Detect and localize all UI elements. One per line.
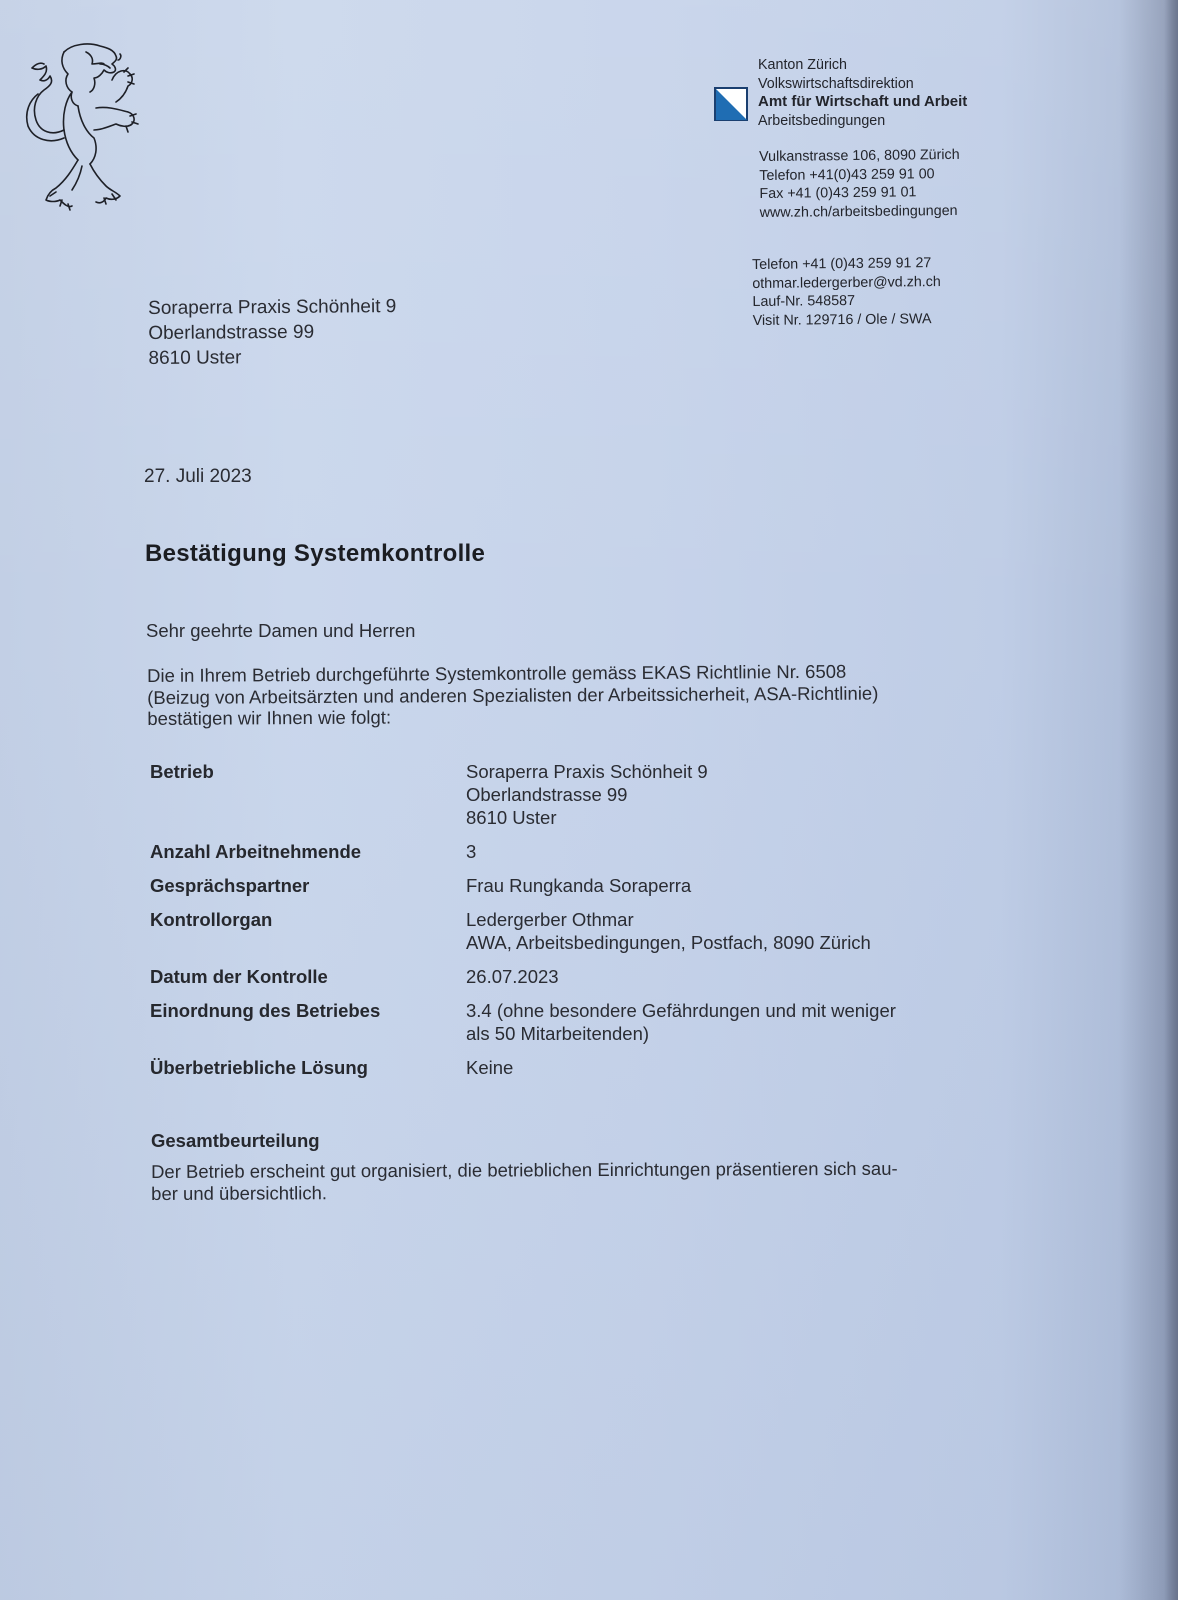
zurich-coat-of-arms-icon [714,87,748,121]
detail-value: Frau Rungkanda Soraperra [466,874,691,897]
detail-row-inspector: Kontrollorgan Ledergerber Othmar AWA, Ar… [150,908,950,954]
detail-label: Datum der Kontrolle [150,965,466,988]
letterhead-website: www.zh.ch/arbeitsbedingungen [760,201,961,222]
detail-row-employees: Anzahl Arbeitnehmende 3 [150,840,950,863]
detail-value-line: als 50 Mitarbeitenden) [466,1022,896,1045]
detail-label: Überbetriebliche Lösung [150,1056,466,1079]
detail-value: Soraperra Praxis Schönheit 9 Oberlandstr… [466,760,708,829]
summary-line: ber und übersichtlich. [151,1179,991,1205]
detail-value-line: Frau Rungkanda Soraperra [466,874,691,897]
letterhead-phone: Telefon +41(0)43 259 91 00 [759,164,960,185]
contact-phone: Telefon +41 (0)43 259 91 27 [752,254,941,274]
detail-label: Anzahl Arbeitnehmende [150,840,466,863]
salutation: Sehr geehrte Damen und Herren [146,620,415,642]
detail-label: Einordnung des Betriebes [150,999,466,1045]
detail-row-classification: Einordnung des Betriebes 3.4 (ohne beson… [150,999,950,1045]
detail-value: Ledergerber Othmar AWA, Arbeitsbedingung… [466,908,871,954]
letterhead-fax: Fax +41 (0)43 259 91 01 [759,183,960,204]
page-edge-shadow [1164,0,1178,1600]
contact-person-block: Telefon +41 (0)43 259 91 27 othmar.leder… [752,254,941,330]
letterhead-directorate: Volkswirtschaftsdirektion [758,75,967,94]
detail-value-line: 26.07.2023 [466,965,559,988]
recipient-name: Soraperra Praxis Schönheit 9 [148,294,396,321]
detail-value-line: Oberlandstrasse 99 [466,783,708,806]
detail-value-line: Soraperra Praxis Schönheit 9 [466,760,708,783]
summary-line: Der Betrieb erscheint gut organisiert, d… [151,1157,991,1183]
detail-row-inter-company-solution: Überbetriebliche Lösung Keine [150,1056,950,1079]
recipient-address: Soraperra Praxis Schönheit 9 Oberlandstr… [148,294,397,371]
intro-paragraph: Die in Ihrem Betrieb durchgeführte Syste… [147,660,987,730]
letterhead-address: Vulkanstrasse 106, 8090 Zürich [759,146,960,167]
contact-visit-number: Visit Nr. 129716 / Ole / SWA [753,310,942,330]
detail-label: Kontrollorgan [150,908,466,954]
letter-title: Bestätigung Systemkontrolle [145,540,485,568]
detail-value-line: AWA, Arbeitsbedingungen, Postfach, 8090 … [466,931,871,954]
contact-email: othmar.ledergerber@vd.zh.ch [752,273,941,293]
recipient-street: Oberlandstrasse 99 [148,319,396,346]
detail-value: 26.07.2023 [466,965,559,988]
recipient-city: 8610 Uster [148,344,396,371]
detail-row-inspection-date: Datum der Kontrolle 26.07.2023 [150,965,950,988]
detail-value: Keine [466,1056,513,1079]
letterhead-organization: Kanton Zürich Volkswirtschaftsdirektion … [758,56,967,130]
letterhead-office: Amt für Wirtschaft und Arbeit [758,93,967,112]
zurich-lion-icon [16,40,146,218]
detail-row-contact-partner: Gesprächspartner Frau Rungkanda Soraperr… [150,874,950,897]
letterhead-department: Arbeitsbedingungen [758,112,967,131]
overall-assessment: Gesamtbeurteilung Der Betrieb erscheint … [151,1130,991,1205]
overall-assessment-text: Der Betrieb erscheint gut organisiert, d… [151,1157,991,1205]
detail-value-line: Ledergerber Othmar [466,908,871,931]
detail-value-line: Keine [466,1056,513,1079]
letterhead-address-block: Vulkanstrasse 106, 8090 Zürich Telefon +… [759,146,960,222]
contact-run-number: Lauf-Nr. 548587 [752,291,941,311]
intro-line: bestätigen wir Ihnen wie folgt: [147,703,987,730]
detail-value-line: 3 [466,840,476,863]
detail-row-betrieb: Betrieb Soraperra Praxis Schönheit 9 Obe… [150,760,950,829]
overall-assessment-title: Gesamtbeurteilung [151,1130,991,1152]
detail-value: 3.4 (ohne besondere Gefährdungen und mit… [466,999,896,1045]
letter-date: 27. Juli 2023 [144,466,252,488]
letterhead-canton: Kanton Zürich [758,56,967,75]
detail-label: Betrieb [150,760,466,829]
inspection-details: Betrieb Soraperra Praxis Schönheit 9 Obe… [150,760,950,1090]
detail-label: Gesprächspartner [150,874,466,897]
detail-value-line: 8610 Uster [466,806,708,829]
detail-value: 3 [466,840,476,863]
detail-value-line: 3.4 (ohne besondere Gefährdungen und mit… [466,999,896,1022]
